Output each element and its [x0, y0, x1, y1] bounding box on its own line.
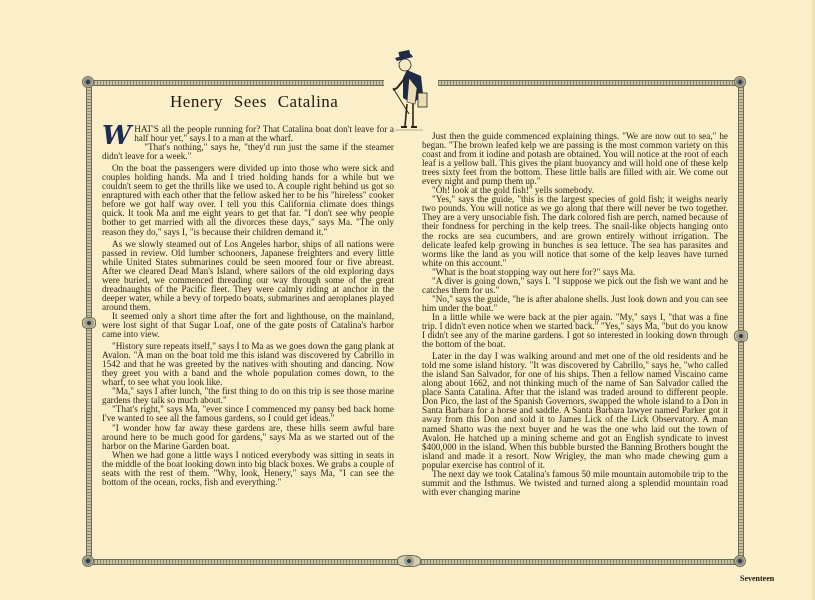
page-number: Seventeen	[740, 574, 774, 583]
corner-ornament-icon	[734, 555, 746, 567]
frame-border-right	[738, 80, 744, 562]
man-with-cane-illustration-icon	[383, 48, 439, 134]
corner-ornament-icon	[734, 76, 746, 88]
paragraph: "No," says the guide, "he is after abalo…	[422, 295, 728, 313]
corner-ornament-icon	[82, 555, 94, 567]
paragraph: As we slowly steamed out of Los Angeles …	[102, 240, 394, 312]
paragraph: Just then the guide commenced explaining…	[422, 132, 728, 186]
drop-cap: W	[102, 126, 131, 146]
paragraph: WHAT'S all the people running for? That …	[102, 125, 394, 143]
paragraph: "That's nothing," says he, "they'd run j…	[102, 143, 394, 161]
paragraph: In a little while we were back at the pi…	[422, 313, 728, 349]
paragraph: "Ma," says I after lunch, "the first thi…	[102, 387, 394, 405]
paragraph: It seemed only a short time after the fo…	[102, 312, 394, 339]
frame-border-top-left	[88, 80, 384, 86]
paragraph: "I wonder how far away these gardens are…	[102, 424, 394, 451]
paragraph: "That's right," says Ma, "ever since I c…	[102, 405, 394, 423]
knot-ornament-icon	[397, 555, 421, 567]
frame-border-top-right	[438, 80, 738, 86]
knot-ornament-icon	[82, 317, 96, 329]
paragraph: The next day we took Catalina's famous 5…	[422, 470, 728, 497]
paragraph: "History sure repeats itself," says I to…	[102, 342, 394, 387]
paragraph: "Yes," says the guide, "this is the larg…	[422, 195, 728, 267]
knot-ornament-icon	[734, 330, 748, 342]
paragraph: On the boat the passengers were divided …	[102, 164, 394, 236]
corner-ornament-icon	[82, 76, 94, 88]
right-column: Just then the guide commenced explaining…	[422, 132, 728, 497]
paragraph: When we had gone a little ways I noticed…	[102, 451, 394, 487]
paragraph: Later in the day I was walking around an…	[422, 352, 728, 470]
left-column: WHAT'S all the people running for? That …	[102, 125, 394, 487]
paragraph: "A diver is going down," says I. "I supp…	[422, 277, 728, 295]
article-title: Henery Sees Catalina	[170, 92, 338, 112]
